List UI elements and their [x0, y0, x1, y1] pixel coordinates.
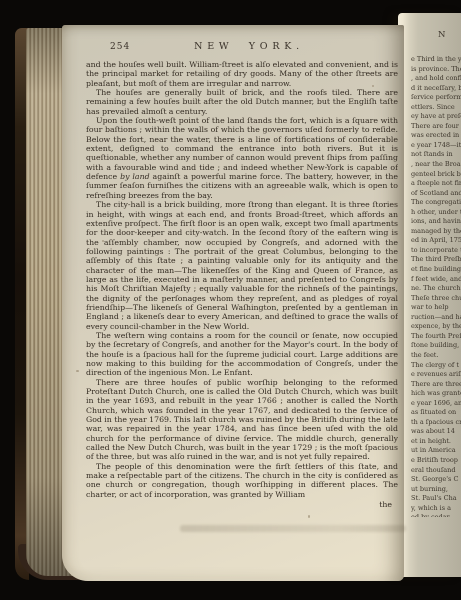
facing-page-text-fragment: ed in April, 175	[411, 236, 461, 246]
facing-page-text-fragment: is province. The	[411, 65, 461, 75]
facing-page-text-fragment: There are three	[411, 380, 461, 390]
facing-page-text-fragment: ut burning,	[411, 485, 461, 495]
facing-page-text-fragment: as ſituated on	[411, 408, 461, 418]
page-content: 254 NEW YORK. and the houſes well built.…	[86, 39, 398, 563]
facing-page-text-fragment: of Scotland and	[411, 189, 461, 199]
facing-page-text-fragment: war to help	[411, 303, 461, 313]
catchword: the	[86, 500, 398, 509]
facing-page-text-fragment: et in height.	[411, 437, 461, 447]
facing-page-text-fragment: , and hold confide	[411, 74, 461, 84]
facing-page-text-fragment: not ſtands in	[411, 150, 461, 160]
facing-page-text-fragment: e revenues ariſing	[411, 370, 461, 380]
paper-speck	[76, 370, 79, 372]
page-header: 254 NEW YORK.	[86, 39, 398, 57]
facing-page-text-fragment: to incorporate t	[411, 246, 461, 256]
body-paragraph: The weſtern wing contains a room for the…	[86, 331, 398, 378]
facing-page-text-fragment: d it neceſſary, by	[411, 84, 461, 94]
facing-page-text-fragment: There are four Pre	[411, 122, 461, 132]
facing-page-text-fragment: ut in America	[411, 446, 461, 456]
facing-page-text-fragment: was erected in th	[411, 131, 461, 141]
facing-page-text-fragment: y, which is a	[411, 504, 461, 514]
facing-page-text-fragment: was about 14	[411, 427, 461, 437]
body-paragraph: There are three houſes of public worſhip…	[86, 378, 398, 462]
facing-page-text-fragment: The fourth Preſb	[411, 332, 461, 342]
facing-page-text-fragment: genteel brick build	[411, 170, 461, 180]
facing-page-text-fragment: h other, under th	[411, 208, 461, 218]
facing-page-text-fragment: ſervice performed	[411, 93, 461, 103]
body-paragraph: The houſes are generally built of brick,…	[86, 88, 398, 116]
book-photo: N e Third in the yearis province. The, a…	[0, 0, 461, 600]
text-block: and the houſes well built. William-ſtree…	[86, 60, 398, 499]
facing-page-text-fragment: St. Paul's Cha	[411, 494, 461, 504]
facing-page-text-fragment: f feet wide, and	[411, 275, 461, 285]
body-paragraph: and the houſes well built. William-ſtree…	[86, 60, 398, 88]
facing-page-lines: e Third in the yearis province. The, and…	[411, 55, 461, 517]
facing-page-text-fragment: ruction—and hav	[411, 313, 461, 323]
facing-page-text-fragment: Theſe three chur	[411, 294, 461, 304]
facing-page-text-fragment: The clergy of t	[411, 361, 461, 371]
facing-page: N e Third in the yearis province. The, a…	[398, 13, 461, 577]
facing-page-text-fragment: hich was grante	[411, 389, 461, 399]
facing-page-text-fragment: a ſteeple not fin	[411, 179, 461, 189]
left-page: 254 NEW YORK. and the houſes well built.…	[62, 25, 404, 581]
facing-page-text-fragment: e year 1748—it	[411, 141, 461, 151]
facing-page-text-fragment: , near the Broad	[411, 160, 461, 170]
facing-page-text-fragment: The third Preſby	[411, 255, 461, 265]
facing-page-text-fragment: St. George's C	[411, 475, 461, 485]
facing-page-text-fragment: et fine building,	[411, 265, 461, 275]
body-paragraph: The people of this denomination were the…	[86, 462, 398, 499]
facing-page-text-fragment: ions, and having	[411, 217, 461, 227]
facing-page-text-fragment: eral thouſand	[411, 466, 461, 476]
facing-page-text-fragment: expence, by their	[411, 322, 461, 332]
facing-page-text-fragment: ey have at preſe	[411, 112, 461, 122]
facing-page-text-fragment: managed by the	[411, 227, 461, 237]
facing-page-text-fragment: ettlers. Since	[411, 103, 461, 113]
facing-page-text-fragment: e year 1696, and	[411, 399, 461, 409]
facing-page-text-fragment: ne. The church	[411, 284, 461, 294]
facing-page-text-fragment: ed by cedar	[411, 513, 461, 517]
facing-page-text-fragment: e Third in the year	[411, 55, 461, 65]
body-paragraph: The city-hall is a brick building, more …	[86, 200, 398, 331]
facing-page-text-fragment: ſtone building, fift	[411, 341, 461, 351]
facing-page-text-fragment: The congregati	[411, 198, 461, 208]
facing-page-text-fragment: e Britiſh troop	[411, 456, 461, 466]
facing-page-text-fragment: the feet.	[411, 351, 461, 361]
facing-page-running-title: N	[438, 30, 445, 40]
facing-page-text-fragment: th a ſpacious cr	[411, 418, 461, 428]
running-title: NEW YORK.	[86, 41, 398, 52]
body-paragraph: Upon the ſouth-weſt point of the land ſt…	[86, 116, 398, 200]
